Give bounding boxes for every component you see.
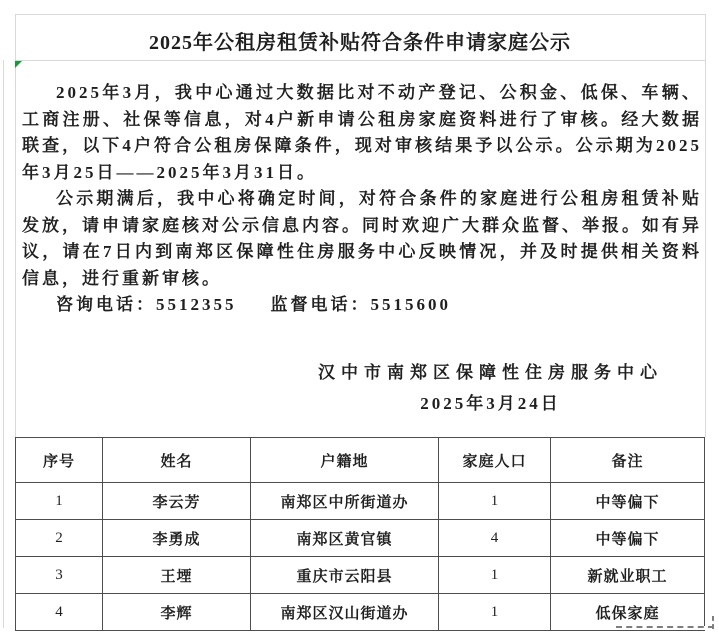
contact-line: 咨询电话：5512355监督电话：5515600	[22, 292, 702, 319]
table-cell-residence: 重庆市云阳县	[251, 557, 439, 594]
paragraph-objection: 公示期满后，我中心将确定时间，对符合条件的家庭进行公租房租赁补贴发放，请申请家庭…	[22, 186, 702, 292]
table-cell-residence: 南郑区黄官镇	[251, 520, 439, 557]
table-cell-remarks: 低保家庭	[551, 594, 705, 631]
notice-body: 2025年3月，我中心通过大数据比对不动产登记、公积金、低保、车辆、工商注册、社…	[22, 80, 702, 319]
gridline	[15, 14, 16, 437]
table-cell-family-size: 1	[439, 557, 551, 594]
table-cell-residence: 南郑区汉山街道办	[251, 594, 439, 631]
applicant-table: 序号 姓名 户籍地 家庭人口 备注 1 李云芳 南郑区中所街道办 1 中等偏下 …	[15, 437, 705, 631]
table-cell-family-size: 1	[439, 594, 551, 631]
table-cell-residence: 南郑区中所街道办	[251, 483, 439, 520]
consult-phone-label: 咨询电话：	[56, 295, 156, 314]
cell-error-indicator-icon	[15, 61, 22, 68]
table-row: 1 李云芳 南郑区中所街道办 1 中等偏下	[16, 483, 705, 520]
table-cell-index: 2	[16, 520, 103, 557]
table-cell-index: 3	[16, 557, 103, 594]
consult-phone-number: 5512355	[156, 295, 237, 314]
gridline	[705, 14, 706, 437]
table-cell-index: 4	[16, 594, 103, 631]
gridline	[3, 60, 4, 628]
header-registered-residence: 户籍地	[251, 438, 439, 483]
table-cell-remarks: 中等偏下	[551, 520, 705, 557]
gridline	[15, 14, 706, 15]
table-cell-name: 李勇成	[103, 520, 251, 557]
selection-marquee-right	[712, 616, 714, 629]
table-cell-remarks: 新就业职工	[551, 557, 705, 594]
table-row: 2 李勇成 南郑区黄官镇 4 中等偏下	[16, 520, 705, 557]
header-index: 序号	[16, 438, 103, 483]
table-cell-remarks: 中等偏下	[551, 483, 705, 520]
gridline	[15, 60, 706, 61]
supervise-phone-number: 5515600	[371, 295, 452, 314]
header-remarks: 备注	[551, 438, 705, 483]
table-cell-name: 李云芳	[103, 483, 251, 520]
supervise-phone-label: 监督电话：	[271, 295, 371, 314]
header-family-size: 家庭人口	[439, 438, 551, 483]
table-cell-family-size: 4	[439, 520, 551, 557]
notice-page: 2025年公租房租赁补贴符合条件申请家庭公示 2025年3月，我中心通过大数据比…	[0, 0, 719, 642]
table-cell-name: 王堙	[103, 557, 251, 594]
table-header-row: 序号 姓名 户籍地 家庭人口 备注	[16, 438, 705, 483]
selection-marquee-bottom	[616, 626, 714, 628]
paragraph-audit: 2025年3月，我中心通过大数据比对不动产登记、公积金、低保、车辆、工商注册、社…	[22, 80, 702, 186]
issuing-org: 汉中市南郑区保障性住房服务中心	[318, 357, 663, 388]
table-row: 4 李辉 南郑区汉山街道办 1 低保家庭	[16, 594, 705, 631]
table-cell-index: 1	[16, 483, 103, 520]
issue-date: 2025年3月24日	[318, 388, 663, 419]
header-name: 姓名	[103, 438, 251, 483]
table-cell-family-size: 1	[439, 483, 551, 520]
table-row: 3 王堙 重庆市云阳县 1 新就业职工	[16, 557, 705, 594]
table-cell-name: 李辉	[103, 594, 251, 631]
signature-block: 汉中市南郑区保障性住房服务中心 2025年3月24日	[318, 357, 663, 419]
page-title: 2025年公租房租赁补贴符合条件申请家庭公示	[15, 26, 705, 55]
